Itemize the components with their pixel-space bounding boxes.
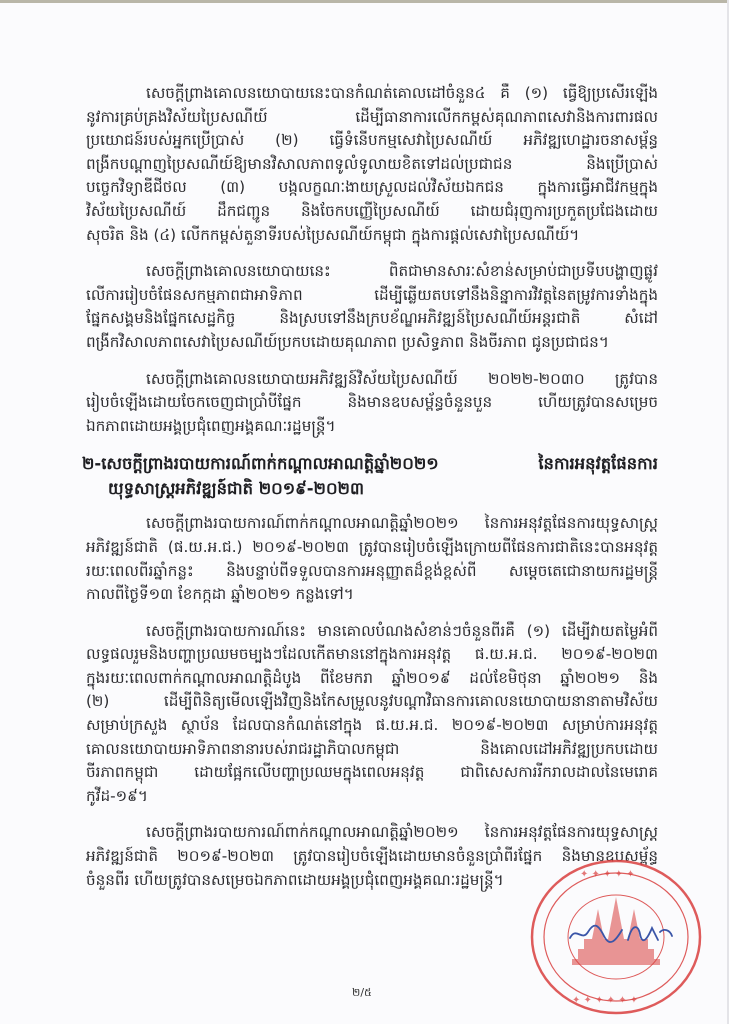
paragraph-policy-goals: សេចក្តីព្រាងគោលនយោបាយនេះបានកំណត់គោលដៅចំន… [86,82,658,247]
text-line: សេចក្តីព្រាងគោលនយោបាយអភិវឌ្ឍន៍វិស័យប្រៃស… [86,368,658,392]
paragraph-report-objectives: សេចក្តីព្រាងរបាយការណ៍នេះ មានគោលបំណងសំខាន… [86,620,658,809]
text-line: កាលពីថ្ងៃទី១៣ ខែកក្កដា ឆ្នាំ២០២១ កន្លងទៅ… [86,583,658,607]
signature-icon [566,918,676,948]
text-line: សេចក្តីព្រាងគោលនយោបាយនេះបានកំណត់គោលដៅចំន… [86,82,658,106]
text-line: អភិវឌ្ឍន៍ជាតិ (ផ.យ.អ.ជ.) ២០១៩-២០២៣ ត្រូវ… [86,536,658,560]
text-line: លើការរៀបចំផែនសកម្មភាពជាអាទិភាព ដើម្បីឆ្ល… [86,284,658,308]
text-line: គោលនយោបាយអាទិភាពនានារបស់រាជរដ្ឋាភិបាលកម្… [86,738,658,762]
text-line: រៀបចំឡើងដោយចែកចេញជាប្រាំបីផ្នែក និងមានឧប… [86,391,658,415]
svg-text:✦ ✦ ✦ ✦ ✦ ✦: ✦ ✦ ✦ ✦ ✦ ✦ [572,995,638,1006]
text-line: ប្រយោជន៍របស់អ្នកប្រើប្រាស់ (២) ធ្វើទំនើប… [86,129,658,153]
heading-line: ២-សេចក្តីព្រាងរបាយការណ៍ពាក់កណ្តាលអាណត្តិ… [82,451,658,476]
text-line: ចីរភាពកម្ពុជា ដោយផ្អែកលើបញ្ហាប្រឈមក្នុងព… [86,761,658,785]
page-number: ២/៥ [352,986,372,1002]
text-line: សម្រាប់ក្រសួង ស្ថាប័ន ដែលបានកំណត់នៅក្នុង… [86,714,658,738]
paragraph-report-background: សេចក្តីព្រាងរបាយការណ៍ពាក់កណ្តាលអាណត្តិឆ្… [86,512,658,606]
heading-line: យុទ្ធសាស្ត្រអភិវឌ្ឍន៍ជាតិ ២០១៩-២០២៣ [82,476,658,501]
text-line: ក្នុងរយៈពេលពាក់កណ្តាលអាណត្តិដំបូង ពីខែមក… [86,667,658,691]
text-line: សេចក្តីព្រាងរបាយការណ៍ពាក់កណ្តាលអាណត្តិឆ្… [86,512,658,536]
text-line: ឯកភាពដោយអង្គប្រជុំពេញអង្គគណៈរដ្ឋមន្ត្រី។ [86,415,658,439]
text-line: នូវការគ្រប់គ្រងវិស័យប្រៃសណីយ៍ ដើម្បីធានា… [86,106,658,130]
text-line: វិស័យប្រៃសណីយ៍ ដឹកជញ្ជូន និងចែកបញ្ញើប្រៃ… [86,200,658,224]
svg-text:✦ ✦ ✦ ✦ ✦: ✦ ✦ ✦ ✦ ✦ [580,869,635,880]
text-line: ពង្រីកវិសាលភាពសេវាប្រៃសណីយ៍ប្រកបដោយគុណភា… [86,331,658,355]
text-line: ផ្នែកសង្គមនិងផ្នែកសេដ្ឋកិច្ច និងស្របទៅនឹ… [86,307,658,331]
document-page: សេចក្តីព្រាងគោលនយោបាយនេះបានកំណត់គោលដៅចំន… [86,82,658,905]
paragraph-policy-structure: សេចក្តីព្រាងគោលនយោបាយអភិវឌ្ឍន៍វិស័យប្រៃស… [86,368,658,439]
text-line: លទ្ធផលរួមនិងបញ្ហាប្រឈមចម្បងៗដែលកើតមាននៅក… [86,643,658,667]
text-line: ពង្រីកបណ្តាញប្រៃសណីយ៍ឱ្យមានវិសាលភាពទូលំទ… [86,153,658,177]
scan-top-edge [0,0,729,3]
section-heading-2: ២-សេចក្តីព្រាងរបាយការណ៍ពាក់កណ្តាលអាណត្តិ… [82,451,658,501]
text-line: សុចរិត និង (៤) លើកកម្ពស់តួនាទីរបស់ប្រៃសណ… [86,224,658,248]
signature [566,918,676,948]
text-line: (២) ដើម្បីពិនិត្យមើលឡើងវិញនិងកែសម្រួលនូវ… [86,690,658,714]
text-line: បច្ចេកវិទ្យាឌីជីថល (៣) បង្កលក្ខណៈងាយស្រួ… [86,176,658,200]
text-line: សេចក្តីព្រាងរបាយការណ៍ពាក់កណ្តាលអាណត្តិឆ្… [86,821,658,845]
text-line: សេចក្តីព្រាងគោលនយោបាយនេះ ពិតជាមានសារៈសំខ… [86,260,658,284]
text-line: កូវីដ-១៩។ [86,785,658,809]
text-line: សេចក្តីព្រាងរបាយការណ៍នេះ មានគោលបំណងសំខាន… [86,620,658,644]
text-line: រយៈពេលពីរឆ្នាំកន្លះ និងបន្ទាប់ពីទទួលបានក… [86,560,658,584]
paragraph-policy-importance: សេចក្តីព្រាងគោលនយោបាយនេះ ពិតជាមានសារៈសំខ… [86,260,658,354]
